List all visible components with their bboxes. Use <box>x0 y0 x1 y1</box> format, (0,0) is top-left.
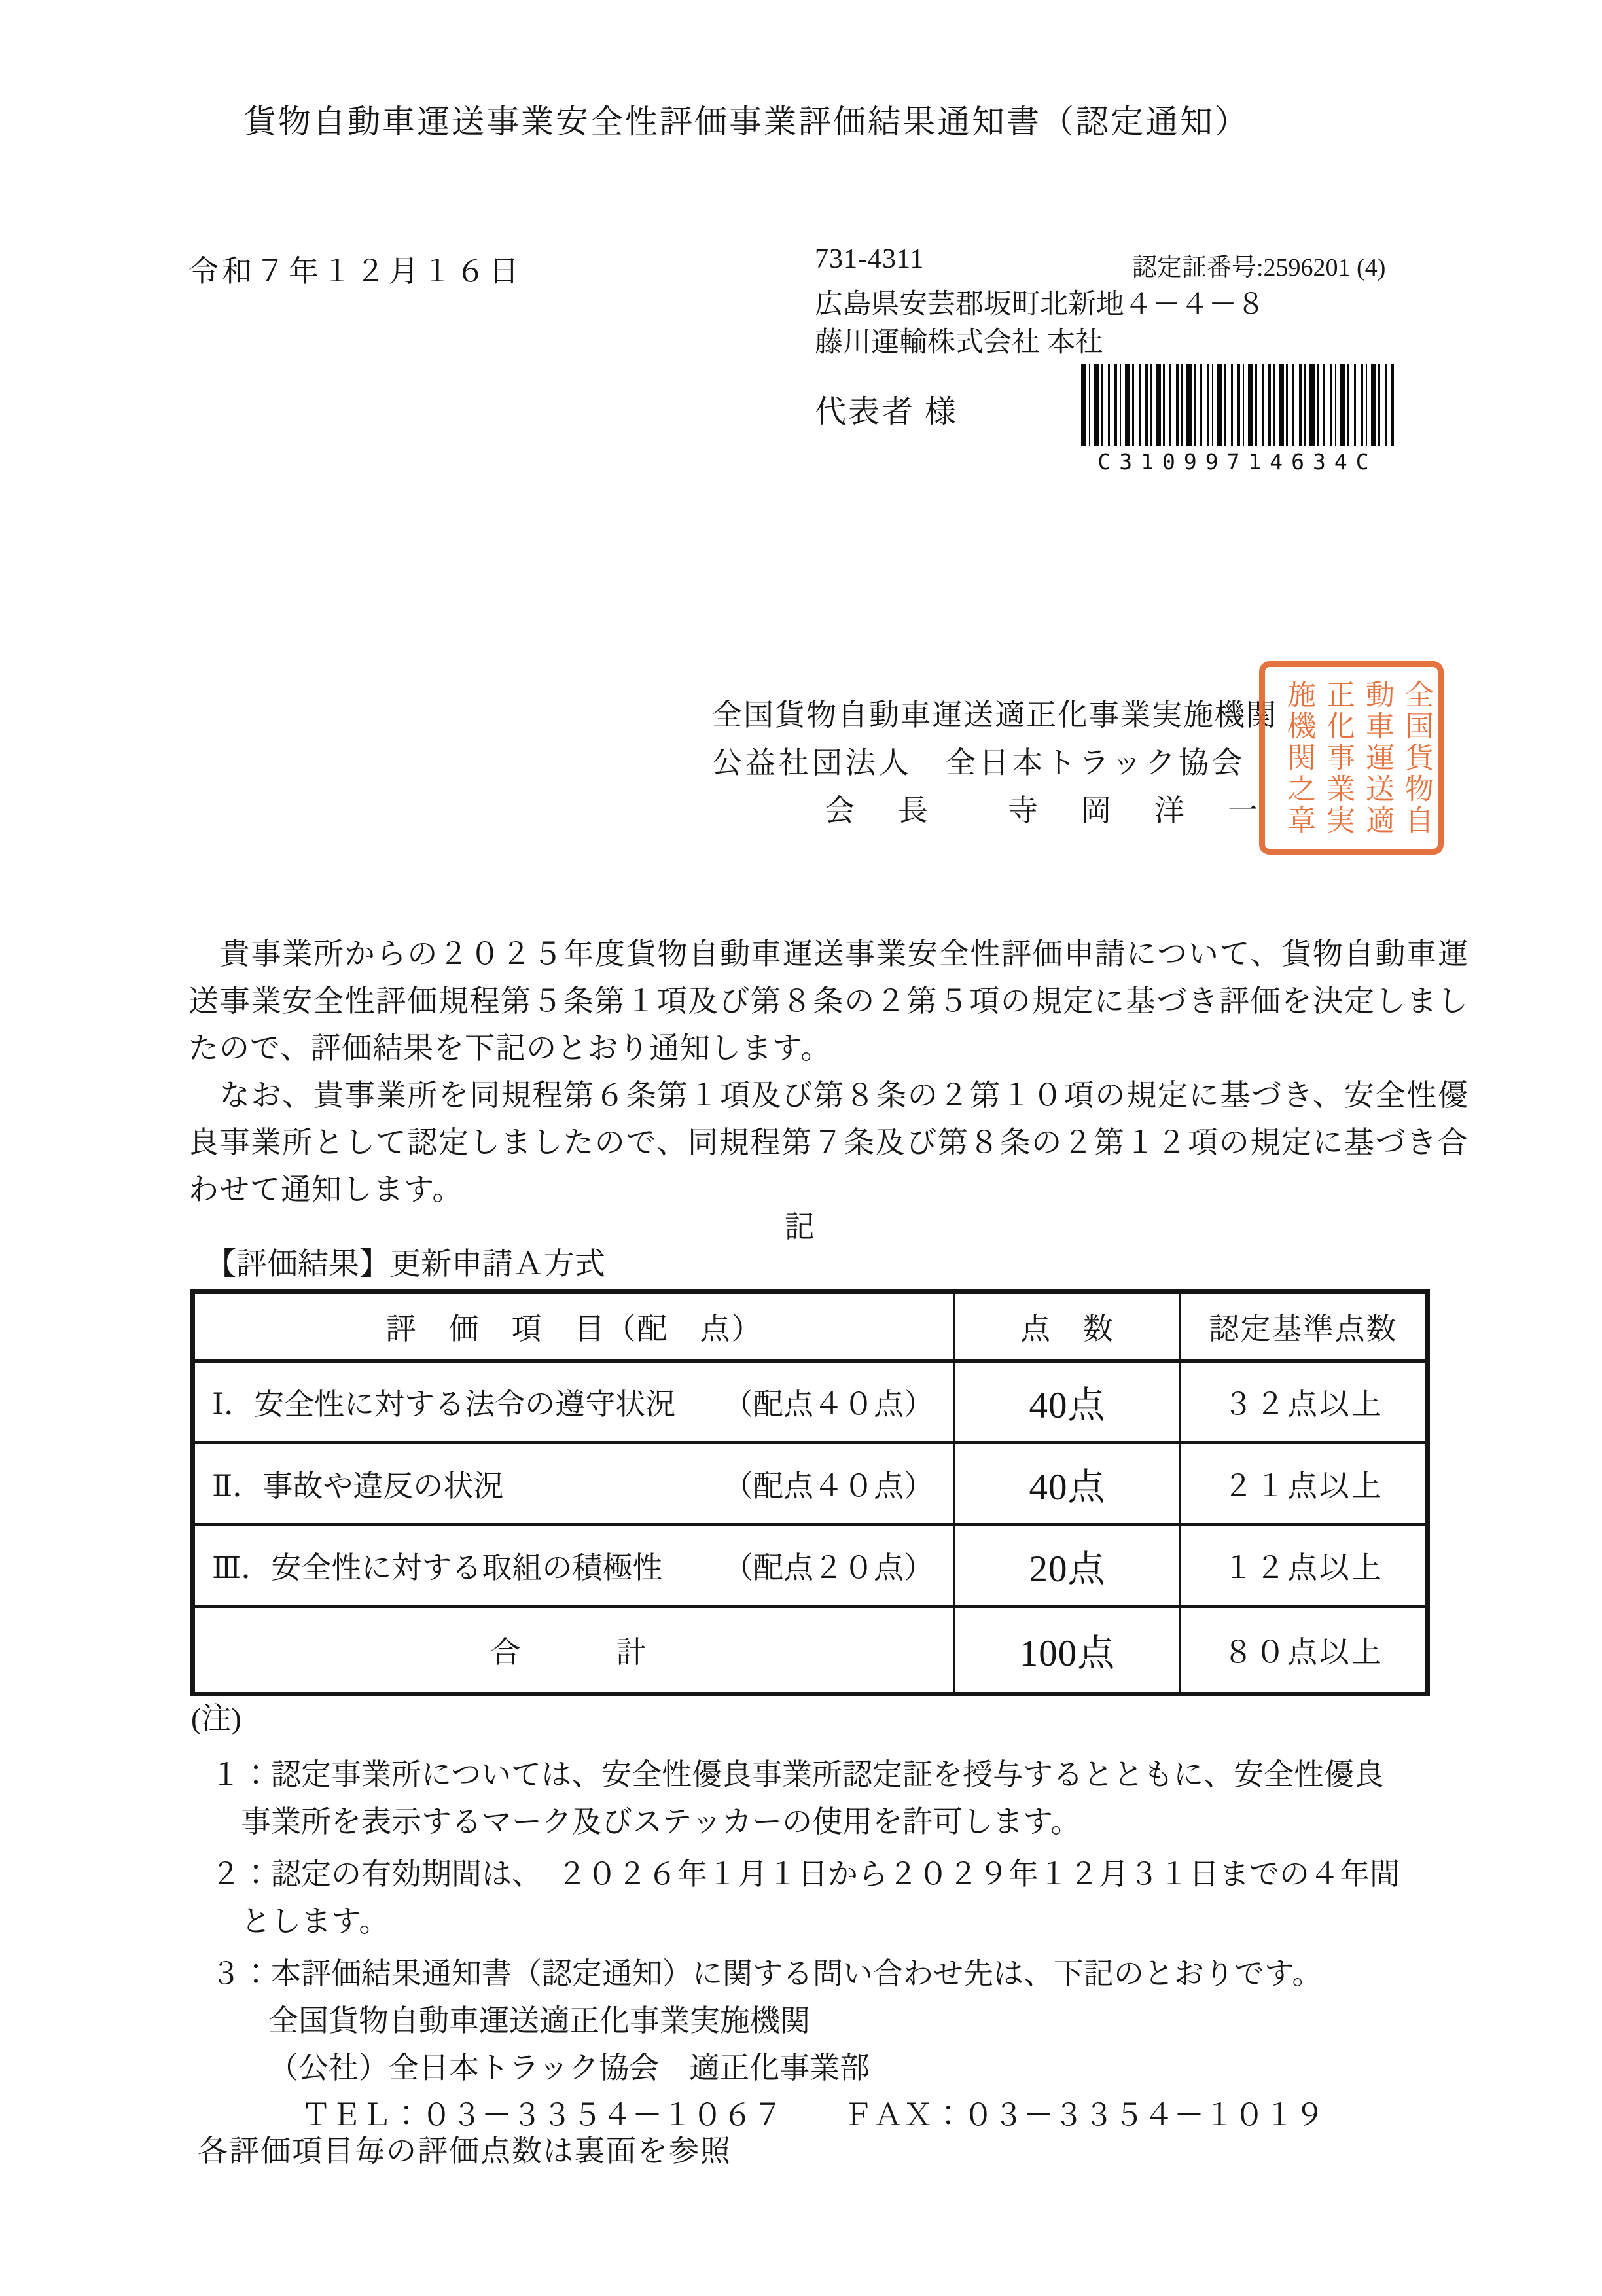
criteria-value: ３２点以上 <box>1181 1361 1428 1443</box>
body-paragraph-1: 貴事業所からの２０２５年度貨物自動車運送事業安全性評価申請について、貨物自動車運… <box>188 931 1468 1072</box>
notes-label: (注) <box>191 1695 1400 1742</box>
document-page: 貨物自動車運送事業安全性評価事業評価結果通知書（認定通知） 令和７年１２月１６日… <box>0 0 1602 2296</box>
barcode-image <box>1081 364 1394 446</box>
note-2-line-2: とします。 <box>191 1898 1400 1945</box>
result-heading: 【評価結果】更新申請Ａ方式 <box>205 1240 605 1283</box>
official-seal-stamp: 全国貨物自動車運送適正化事業実施機関之章 <box>1259 661 1444 855</box>
document-title: 貨物自動車運送事業安全性評価事業評価結果通知書（認定通知） <box>243 96 1249 143</box>
item-label: Ⅰ．安全性に対する法令の遵守状況 <box>212 1380 675 1424</box>
sender-association: 公益社団法人 全日本トラック協会 <box>712 739 1245 782</box>
total-score-value: 100点 <box>955 1607 1181 1695</box>
item-label: Ⅲ．安全性に対する取組の積極性 <box>212 1544 662 1587</box>
item-allocation: （配点４０点） <box>723 1462 934 1505</box>
sender-president: 会 長 寺 岡 洋 一 <box>825 787 1264 830</box>
table-row: Ⅲ．安全性に対する取組の積極性 （配点２０点） 20点 １２点以上 <box>193 1525 1428 1607</box>
table-row: Ⅰ．安全性に対する法令の遵守状況 （配点４０点） 40点 ３２点以上 <box>193 1361 1428 1443</box>
item-allocation: （配点４０点） <box>723 1380 934 1424</box>
table-total-row: 合 計 100点 ８０点以上 <box>193 1607 1428 1695</box>
issue-date: 令和７年１２月１６日 <box>188 247 522 291</box>
score-value: 40点 <box>955 1443 1181 1525</box>
item-label: Ⅱ．事故や違反の状況 <box>212 1462 503 1505</box>
body-paragraph-2: なお、貴事業所を同規程第６条第１項及び第８条の２第１０項の規定に基づき、安全性優… <box>188 1072 1468 1213</box>
criteria-value: １２点以上 <box>1181 1525 1428 1607</box>
note-3-line-2: 全国貨物自動車運送適正化事業実施機関 <box>191 1998 1400 2045</box>
body-text: 貴事業所からの２０２５年度貨物自動車運送事業安全性評価申請について、貨物自動車運… <box>188 931 1468 1213</box>
table-row: Ⅱ．事故や違反の状況 （配点４０点） 40点 ２１点以上 <box>193 1443 1428 1525</box>
total-criteria-value: ８０点以上 <box>1181 1607 1428 1695</box>
certificate-number: 認定証番号:2596201 (4) <box>1132 247 1385 283</box>
note-1-line-1: １：認定事業所については、安全性優良事業所認定証を授与するとともに、安全性優良 <box>191 1751 1400 1799</box>
recipient-addressee: 代表者 様 <box>815 386 958 431</box>
criteria-value: ２１点以上 <box>1181 1443 1428 1525</box>
notes-section: (注) １：認定事業所については、安全性優良事業所認定証を授与するとともに、安全… <box>191 1695 1400 2139</box>
note-3-line-3: （公社）全日本トラック協会 適正化事業部 <box>191 2045 1400 2092</box>
column-header-score: 点 数 <box>955 1292 1181 1361</box>
barcode-value: C31099714634C <box>1081 449 1394 475</box>
footer-note: 各評価項目毎の評価点数は裏面を参照 <box>198 2127 732 2170</box>
note-2-line-1: ２：認定の有効期間は、 ２０２６年１月１日から２０２９年１２月３１日までの４年間 <box>191 1851 1400 1898</box>
note-3-line-1: ３：本評価結果通知書（認定通知）に関する問い合わせ先は、下記のとおりです。 <box>191 1950 1400 1998</box>
score-value: 40点 <box>955 1361 1181 1443</box>
recipient-postal-code: 731-4311 <box>815 243 924 275</box>
total-label: 合 計 <box>491 1628 658 1672</box>
barcode: C31099714634C <box>1081 364 1394 475</box>
evaluation-result-table: 評 価 項 目（配 点） 点 数 認定基準点数 Ⅰ．安全性に対する法令の遵守状況… <box>190 1289 1430 1696</box>
column-header-item: 評 価 項 目（配 点） <box>193 1292 955 1361</box>
sender-organization: 全国貨物自動車運送適正化事業実施機関 <box>712 691 1277 734</box>
column-header-criteria: 認定基準点数 <box>1181 1292 1428 1361</box>
note-1-line-2: 事業所を表示するマーク及びステッカーの使用を許可します。 <box>191 1799 1400 1846</box>
recipient-company: 藤川運輸株式会社 本社 <box>815 320 1103 360</box>
item-allocation: （配点２０点） <box>723 1544 934 1587</box>
score-value: 20点 <box>955 1525 1181 1607</box>
recipient-address: 広島県安芸郡坂町北新地４－４－８ <box>815 282 1265 322</box>
table-header-row: 評 価 項 目（配 点） 点 数 認定基準点数 <box>193 1292 1428 1361</box>
